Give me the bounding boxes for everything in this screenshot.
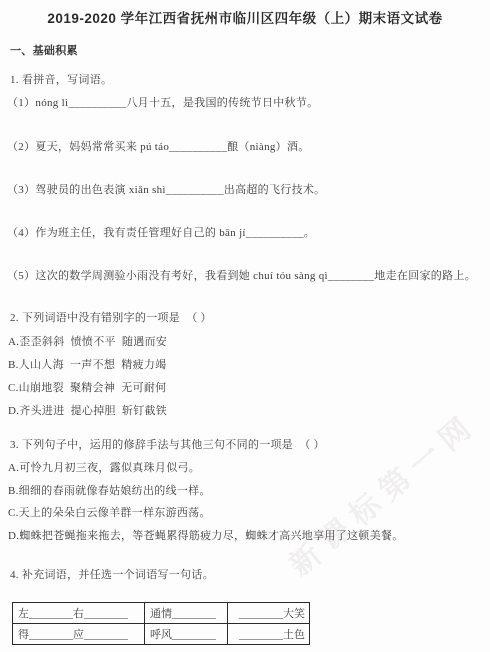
question-4-stem: 4. 补充词语，并任选一个词语写一句话。 <box>10 568 214 582</box>
q1-item-2: （2）夏天，妈妈常常买来 pú táo__________酿（niàng）酒。 <box>7 140 310 154</box>
q1-item-4: （4）作为班主任，我有责任管理好自己的 bān jí__________。 <box>7 226 315 240</box>
q1-item-1: （1）nóng lì__________八月十五，是我国的传统节日中秋节。 <box>7 96 318 110</box>
q3-option-d: D.蜘蛛把苍蝇拖来拖去，等苍蝇累得筋疲力尽，蜘蛛才高兴地享用了这顿美餐。 <box>8 529 404 543</box>
exam-paper-page: 新课标第一网 2019-2020 学年江西省抚州市临川区四年级（上）期末语文试卷… <box>0 0 490 652</box>
q3-option-c: C.天上的朵朵白云像羊群一样东游西荡。 <box>8 506 211 520</box>
question-3-stem: 3. 下列句子中，运用的修辞手法与其他三句不同的一项是 （ ） <box>10 438 325 452</box>
watermark: 新课标第一网 <box>278 364 490 584</box>
q3-option-b: B.细细的春雨就像春姑娘纺出的线一样。 <box>8 484 211 498</box>
table-row: 得________应________ 呼风________ ________土色 <box>13 624 310 645</box>
table-cell: ________土色 <box>228 624 310 645</box>
q1-item-5: （5）这次的数学周测验小雨没有考好，我看到她 chuí tóu sàng qì_… <box>7 269 476 283</box>
q2-option-d: D.齐头进进 提心掉胆 斩钉截铁 <box>8 404 167 418</box>
table-cell: ________大笑 <box>228 603 310 624</box>
question-2-stem: 2. 下列词语中没有错别字的一项是 （ ） <box>10 311 212 325</box>
q2-option-c: C.山崩地裂 聚精会神 无可耐何 <box>8 381 167 395</box>
q1-item-3: （3）驾驶员的出色表演 xiǎn shì__________出高超的飞行技术。 <box>7 183 325 197</box>
q2-option-b: B.人山人海 一声不想 精疲力竭 <box>8 358 167 372</box>
table-cell: 左________右________ <box>13 603 145 624</box>
table-cell: 呼风________ <box>145 624 228 645</box>
page-title: 2019-2020 学年江西省抚州市临川区四年级（上）期末语文试卷 <box>0 12 490 26</box>
table-cell: 得________应________ <box>13 624 145 645</box>
completion-table: 左________右________ 通情________ ________大笑… <box>12 602 310 645</box>
question-1-stem: 1. 看拼音，写词语。 <box>10 73 112 87</box>
section-1-heading: 一、基础积累 <box>10 44 78 58</box>
table-row: 左________右________ 通情________ ________大笑 <box>13 603 310 624</box>
q2-option-a: A.歪歪斜斜 愤愤不平 随遇而安 <box>8 335 167 349</box>
table-cell: 通情________ <box>145 603 228 624</box>
q3-option-a: A.可怜九月初三夜，露似真珠月似弓。 <box>8 461 200 475</box>
